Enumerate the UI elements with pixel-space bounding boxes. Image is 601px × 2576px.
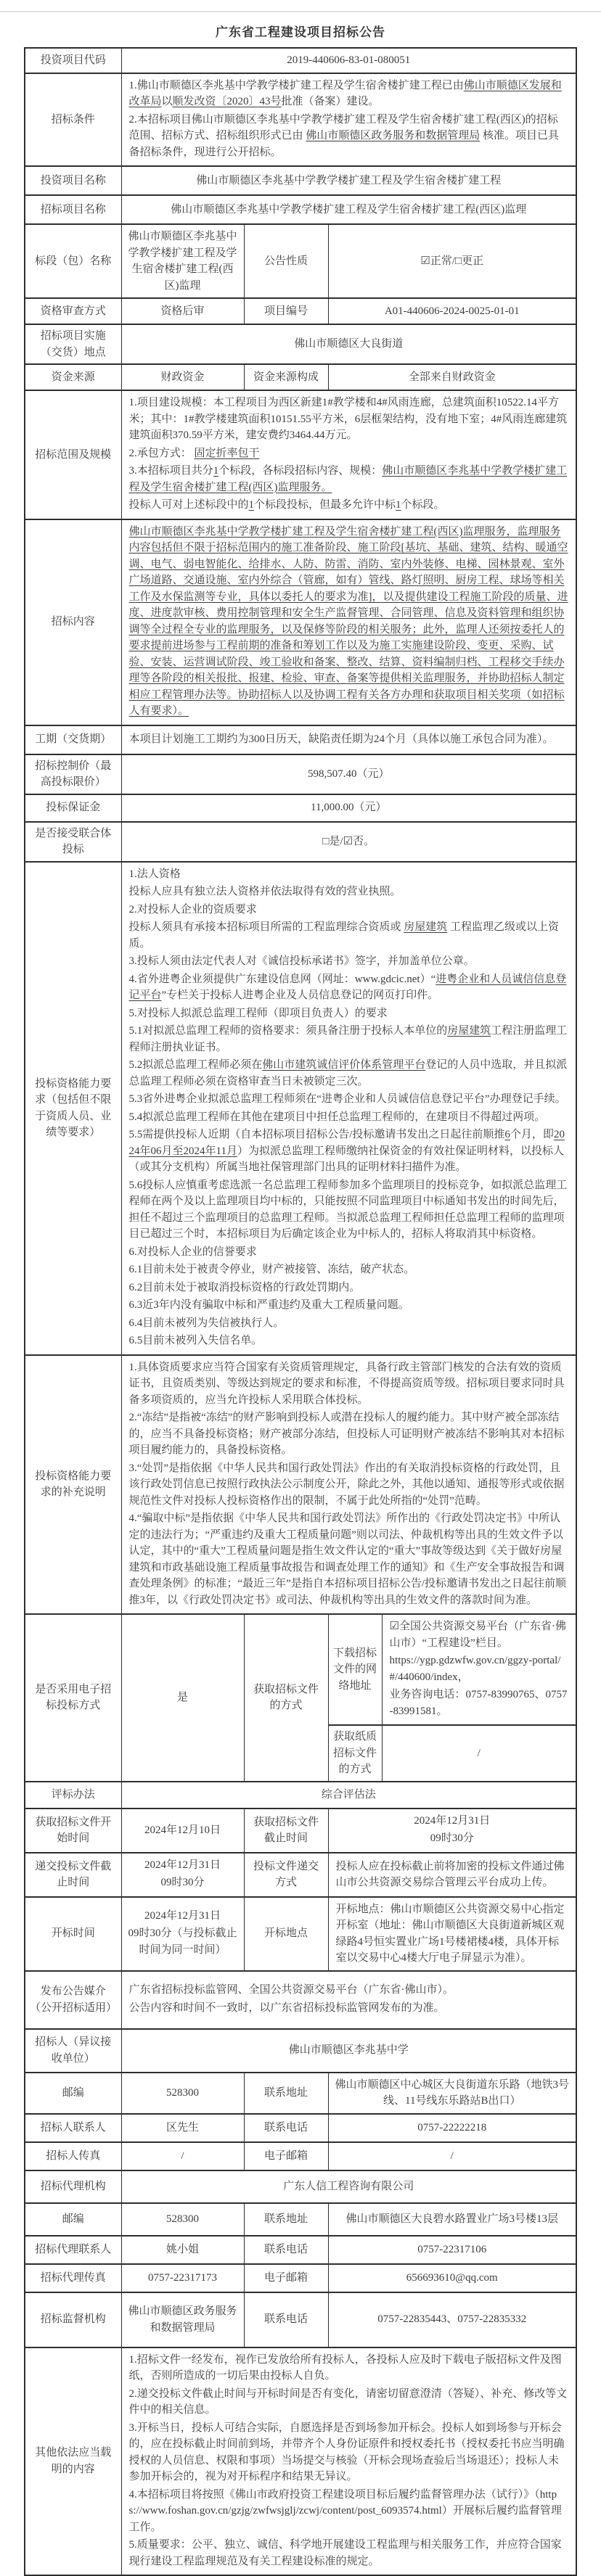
tenderer-phone-value: 0757-22222218 bbox=[328, 2114, 576, 2142]
doc-end-value: 2024年12月31日09时30分 bbox=[328, 1808, 576, 1853]
tenderer-value: 佛山市顺德区李兆基中学 bbox=[121, 2029, 576, 2073]
evaluation-method-label: 评标办法 bbox=[25, 1782, 121, 1808]
section-package-value: 佛山市顺德区李兆基中学教学楼扩建工程及学生宿舍楼扩建工程(西区)监理 bbox=[121, 224, 244, 298]
tenderer-address-label: 联系地址 bbox=[244, 2073, 328, 2114]
tenderer-address-value: 佛山市顺德区中心城区大良街道东乐路（地铁3号线、11号线东乐路站B出口） bbox=[328, 2073, 576, 2114]
media-value: 广东省招标投标监管网、全国公共资源交易平台（广东省·佛山市）。公告内容和时间不一… bbox=[121, 1971, 576, 2029]
duration-label: 工期（交货期） bbox=[25, 725, 121, 754]
tenderer-contact-label: 招标人联系人 bbox=[25, 2114, 121, 2142]
qualification-review-value: 资格后审 bbox=[121, 298, 244, 324]
tenderer-label: 招标人（异议接收单位） bbox=[25, 2029, 121, 2073]
tenderer-email-value: / bbox=[328, 2142, 576, 2170]
agency-email-value: 656693610@qq.com bbox=[328, 2264, 576, 2292]
control-price-value: 598,507.40（元） bbox=[121, 754, 576, 794]
content-value: 佛山市顺德区李兆基中学教学楼扩建工程及学生宿舍楼扩建工程(西区)监理服务，监理服… bbox=[121, 519, 576, 725]
doc-end-label: 获取招标文件截止时间 bbox=[244, 1808, 328, 1853]
duration-value: 本项目计划施工工期约为300日历天，缺陷责任期为24个月（具体以施工承包合同为准… bbox=[121, 725, 576, 754]
project-no-value: A01-440606-2024-0025-01-01 bbox=[328, 298, 576, 324]
agency-value: 广东人信工程咨询有限公司 bbox=[121, 2170, 576, 2203]
bid-bond-label: 投标保证金 bbox=[25, 794, 121, 822]
tender-announcement-table: 投资项目代码 2019-440606-83-01-080051 招标条件 1.佛… bbox=[24, 47, 577, 2576]
doc-start-value: 2024年12月10日 bbox=[121, 1808, 244, 1853]
scope-label: 招标范围及规模 bbox=[25, 390, 121, 519]
funding-composition-value: 全部来自财政资金 bbox=[328, 364, 576, 390]
opening-place-label: 开标地点 bbox=[244, 1897, 328, 1971]
funding-value: 财政资金 bbox=[121, 364, 244, 390]
top-divider bbox=[0, 11, 601, 12]
supervisor-phone-label: 联系电话 bbox=[244, 2292, 328, 2347]
qualification-review-label: 资格审查方式 bbox=[25, 298, 121, 324]
tenderer-fax-label: 招标人传真 bbox=[25, 2142, 121, 2170]
agency-address-label: 联系地址 bbox=[244, 2203, 328, 2236]
agency-postcode-value: 528300 bbox=[121, 2203, 244, 2236]
opening-time-label: 开标时间 bbox=[25, 1897, 121, 1971]
tenderer-postcode-value: 528300 bbox=[121, 2073, 244, 2114]
submission-deadline-label: 递交投标文件截止时间 bbox=[25, 1853, 121, 1897]
qualification-req-value: 1.法人资格投标人应具有独立法人资格并依法取得有效的营业执照。2.对投标人企业的… bbox=[121, 862, 576, 1355]
tenderer-fax-value: / bbox=[121, 2142, 244, 2170]
tender-project-name-value: 佛山市顺德区李兆基中学教学楼扩建工程及学生宿舍楼扩建工程(西区)监理 bbox=[121, 195, 576, 224]
agency-label: 招标代理机构 bbox=[25, 2170, 121, 2203]
project-code-label: 投资项目代码 bbox=[25, 48, 121, 73]
qualification-supplement-label: 投标资格能力要求的补充说明 bbox=[25, 1355, 121, 1615]
agency-contact-value: 姚小姐 bbox=[121, 2236, 244, 2264]
supervisor-phone-value: 0757-22835443、0757-22835332 bbox=[328, 2292, 576, 2347]
project-no-label: 项目编号 bbox=[244, 298, 328, 324]
page-title: 广东省工程建设项目招标公告 bbox=[0, 0, 601, 40]
paper-doc-value: / bbox=[382, 1725, 576, 1782]
delivery-location-value: 佛山市顺德区大良街道 bbox=[121, 324, 576, 364]
media-label: 发布公告媒介（公开招标适用） bbox=[25, 1971, 121, 2029]
submission-deadline-value: 2024年12月31日09时30分 bbox=[121, 1853, 244, 1897]
submission-method-value: 投标人应在投标截止前将加密的投标文件通过佛山市公共资源交易综合管理云平台成功上传… bbox=[328, 1853, 576, 1897]
section-package-label: 标段（包）名称 bbox=[25, 224, 121, 298]
download-address-label: 下载招标文件的网络地址 bbox=[328, 1614, 382, 1725]
agency-phone-value: 0757-22317106 bbox=[328, 2236, 576, 2264]
consortium-value: □是/☑否。 bbox=[121, 822, 576, 862]
consortium-label: 是否接受联合体投标 bbox=[25, 822, 121, 862]
qualification-req-label: 投标资格能力要求（包括但不限于资质人员、业绩等要求） bbox=[25, 862, 121, 1355]
project-code-value: 2019-440606-83-01-080051 bbox=[121, 48, 576, 73]
tender-conditions-value: 1.佛山市顺德区李兆基中学教学楼扩建工程及学生宿舍楼扩建工程已由佛山市顺德区发展… bbox=[121, 73, 576, 167]
content-label: 招标内容 bbox=[25, 519, 121, 725]
agency-fax-value: 0757-22317173 bbox=[121, 2264, 244, 2292]
funding-composition-label: 资金来源构成 bbox=[244, 364, 328, 390]
supervisor-value: 佛山市顺德区政务服务和数据管理局 bbox=[121, 2292, 244, 2347]
tender-project-name-label: 招标项目名称 bbox=[25, 195, 121, 224]
doc-method-label: 获取招标文件的方式 bbox=[244, 1614, 328, 1782]
supervisor-label: 招标监督机构 bbox=[25, 2292, 121, 2347]
evaluation-method-value: 综合评估法 bbox=[121, 1782, 576, 1808]
delivery-location-label: 招标项目实施（交货）地点 bbox=[25, 324, 121, 364]
control-price-label: 招标控制价（最高投标限价） bbox=[25, 754, 121, 794]
agency-postcode-label: 邮编 bbox=[25, 2203, 121, 2236]
doc-start-label: 获取招标文件开始时间 bbox=[25, 1808, 121, 1853]
bid-bond-value: 11,000.00（元） bbox=[121, 794, 576, 822]
notice-nature-label: 公告性质 bbox=[244, 224, 328, 298]
qualification-supplement-value: 1.具体资质要求应当符合国家有关资质管理规定，具备行政主管部门核发的合法有效的资… bbox=[121, 1355, 576, 1615]
tenderer-postcode-label: 邮编 bbox=[25, 2073, 121, 2114]
opening-place-value: 开标地点：佛山市顺德区公共资源交易中心指定开标室（地址：佛山市顺德区大良街道新城… bbox=[328, 1897, 576, 1971]
notice-nature-value: ☑正常/□更正 bbox=[328, 224, 576, 298]
submission-method-label: 投标文件递交方式 bbox=[244, 1853, 328, 1897]
investment-project-name-label: 投资项目名称 bbox=[25, 166, 121, 195]
tenderer-phone-label: 联系电话 bbox=[244, 2114, 328, 2142]
scope-value: 1.项目建设规模：本工程项目为西区新建1#教学楼和4#风雨连廊，总建筑面积105… bbox=[121, 390, 576, 519]
agency-address-value: 佛山市顺德区大良碧水路置业广场3号楼13层 bbox=[328, 2203, 576, 2236]
tenderer-email-label: 电子邮箱 bbox=[244, 2142, 328, 2170]
agency-email-label: 电子邮箱 bbox=[244, 2264, 328, 2292]
paper-doc-label: 获取纸质招标文件的方式 bbox=[328, 1725, 382, 1782]
e-bidding-value: 是 bbox=[121, 1614, 244, 1782]
tender-conditions-label: 招标条件 bbox=[25, 73, 121, 167]
other-content-value: 1.招标文件一经发布，视作已发放给所有投标人，各投标人应及时下载电子版招标文件及… bbox=[121, 2347, 576, 2576]
opening-time-value: 2024年12月31日09时30分（与投标截止时间为同一时间） bbox=[121, 1897, 244, 1971]
other-content-label: 其他依法应当载明的内容 bbox=[25, 2347, 121, 2576]
funding-label: 资金来源 bbox=[25, 364, 121, 390]
agency-phone-label: 联系电话 bbox=[244, 2236, 328, 2264]
download-address-value: ☑全国公共资源交易平台（广东省·佛山市）“工程建设”栏目。https://ygp… bbox=[382, 1614, 576, 1725]
investment-project-name-value: 佛山市顺德区李兆基中学教学楼扩建工程及学生宿舍楼扩建工程 bbox=[121, 166, 576, 195]
agency-contact-label: 招标代理联系人 bbox=[25, 2236, 121, 2264]
e-bidding-label: 是否采用电子招标投标方式 bbox=[25, 1614, 121, 1782]
tenderer-contact-value: 区先生 bbox=[121, 2114, 244, 2142]
agency-fax-label: 招标代理传真 bbox=[25, 2264, 121, 2292]
